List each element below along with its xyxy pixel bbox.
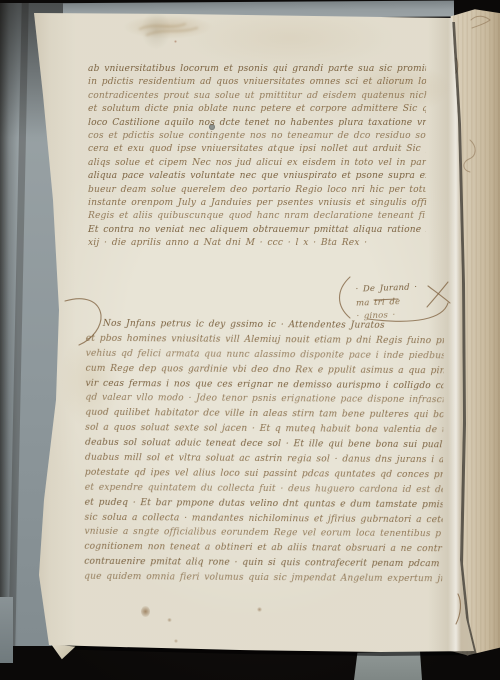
script-line: et solutum dicte pnia oblate nunc petere… — [88, 103, 426, 116]
script-line: Regis et aliis quibuscunque quod hanc nr… — [88, 210, 426, 223]
table-surface-bottom-left — [0, 597, 13, 663]
ink-blot — [257, 607, 262, 612]
script-line: xij · die aprilis anno a Nat dni M · ccc… — [88, 237, 426, 250]
script-line: loco Castilione aquilo nos dcte tenet no… — [88, 117, 426, 130]
top-smudge-mark — [135, 16, 205, 40]
script-line: bueur deam solue querelem deo portario R… — [88, 184, 426, 197]
script-line: in pdictis residentium ad quos vniuersit… — [88, 76, 426, 89]
upper-text-block: ab vniuersitatibus locorum et psonis qui… — [88, 63, 426, 250]
margin-note: · De Jurand · ma tri de · ginos · — [355, 280, 448, 324]
ink-blot — [174, 639, 178, 643]
manuscript-photo: ab vniuersitatibus locorum et psonis qui… — [0, 0, 500, 680]
script-line: Et contra no veniat nec aliquem obtrauem… — [88, 224, 426, 237]
manuscript-page: ab vniuersitatibus locorum et psonis qui… — [0, 0, 500, 680]
script-line: instante orenpom July a Janduies per pse… — [88, 197, 426, 210]
script-line: aliqs solue et cipem Nec nos jud alicui … — [88, 157, 426, 170]
ink-spot — [174, 40, 177, 43]
script-line: cos et pdictis solue contingente nos no … — [88, 130, 426, 143]
ink-blot — [167, 618, 172, 622]
script-line: contradicentes prout sua solue ut pmitti… — [88, 90, 426, 103]
ink-blot — [141, 606, 150, 617]
script-line: cera et exu quod ipse vniuersitates atqu… — [88, 143, 426, 156]
script-line: aliqua pace valeatis voluntate nec que v… — [88, 170, 426, 183]
script-line: ab vniuersitatibus locorum et psonis qui… — [88, 63, 426, 76]
lower-text-block: Nos Jnfans petrus ic dey gssimo ic · Att… — [84, 317, 444, 588]
script-line: que quidem omnia fieri volumus quia sic … — [84, 570, 443, 587]
